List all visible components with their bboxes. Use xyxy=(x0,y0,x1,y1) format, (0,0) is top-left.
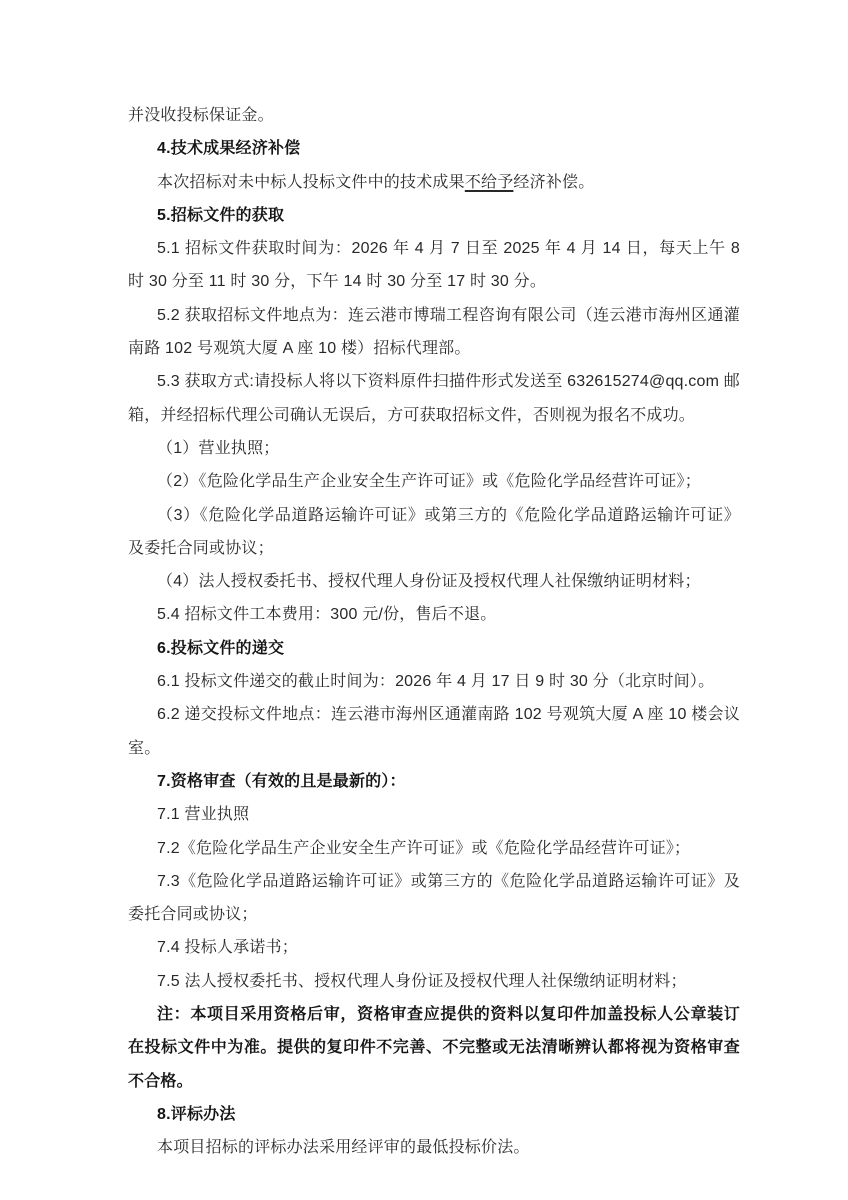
para-5-3-item-3: （3）《危险化学品道路运输许可证》或第三方的《危险化学品道路运输许可证》及委托合… xyxy=(128,499,740,566)
para-5-4: 5.4 招标文件工本费用：300 元/份，售后不退。 xyxy=(128,598,740,631)
para-4-compensation: 本次招标对未中标人投标文件中的技术成果不给予经济补偿。 xyxy=(128,166,740,199)
text-run: 本次招标对未中标人投标文件中的技术成果 xyxy=(157,174,465,191)
para-7-2: 7.2《危险化学品生产企业安全生产许可证》或《危险化学品经营许可证》； xyxy=(128,832,740,865)
para-7-4: 7.4 投标人承诺书； xyxy=(128,931,740,964)
para-5-3-item-4: （4）法人授权委托书、授权代理人身份证及授权代理人社保缴纳证明材料； xyxy=(128,565,740,598)
document-page: 并没收投标保证金。4.技术成果经济补偿本次招标对未中标人投标文件中的技术成果不给… xyxy=(0,0,848,1200)
heading-section-7: 7.资格审查（有效的且是最新的）： xyxy=(128,765,740,798)
para-6-1: 6.1 投标文件递交的截止时间为：2026 年 4 月 17 日 9 时 30 … xyxy=(128,665,740,698)
para-5-3-item-1: （1）营业执照； xyxy=(128,432,740,465)
para-5-2: 5.2 获取招标文件地点为：连云港市博瑞工程咨询有限公司（连云港市海州区通灌南路… xyxy=(128,299,740,366)
para-continuation-forfeit: 并没收投标保证金。 xyxy=(128,99,740,132)
para-note-post-qualification: 注：本项目采用资格后审，资格审查应提供的资料以复印件加盖投标人公章装订在投标文件… xyxy=(128,998,740,1098)
heading-section-5: 5.招标文件的获取 xyxy=(128,199,740,232)
text-run: 经济补偿。 xyxy=(513,174,594,191)
heading-section-4: 4.技术成果经济补偿 xyxy=(128,132,740,165)
para-5-3-item-2: （2）《危险化学品生产企业安全生产许可证》或《危险化学品经营许可证》； xyxy=(128,465,740,498)
para-7-5: 7.5 法人授权委托书、授权代理人身份证及授权代理人社保缴纳证明材料； xyxy=(128,965,740,998)
para-6-2: 6.2 递交投标文件地点：连云港市海州区通灌南路 102 号观筑大厦 A 座 1… xyxy=(128,698,740,765)
para-8-1: 本项目招标的评标办法采用经评审的最低投标价法。 xyxy=(128,1131,740,1164)
document-body: 并没收投标保证金。4.技术成果经济补偿本次招标对未中标人投标文件中的技术成果不给… xyxy=(128,99,740,1165)
para-7-1: 7.1 营业执照 xyxy=(128,798,740,831)
heading-section-8: 8.评标办法 xyxy=(128,1098,740,1131)
para-7-3: 7.3《危险化学品道路运输许可证》或第三方的《危险化学品道路运输许可证》及委托合… xyxy=(128,865,740,932)
heading-section-6: 6.投标文件的递交 xyxy=(128,632,740,665)
underline-emphasis: 不给予 xyxy=(465,174,514,191)
para-5-1: 5.1 招标文件获取时间为：2026 年 4 月 7 日至 2025 年 4 月… xyxy=(128,232,740,299)
para-5-3: 5.3 获取方式:请投标人将以下资料原件扫描件形式发送至 632615274@q… xyxy=(128,365,740,432)
